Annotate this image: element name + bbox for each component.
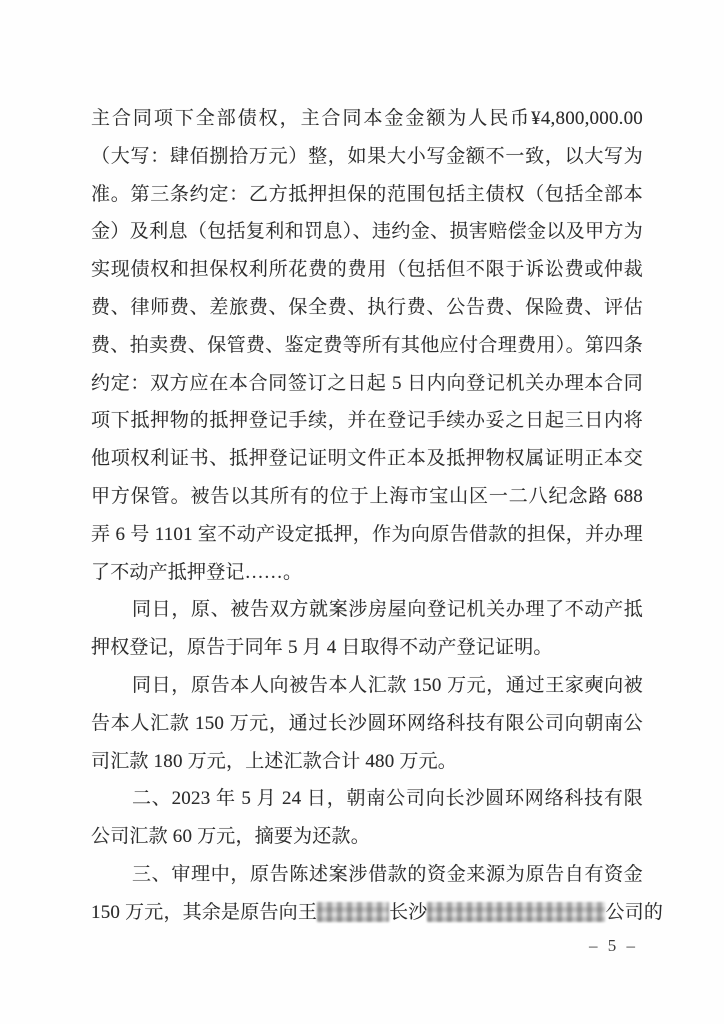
text-segment: 项下抵押物的抵押登记手续，并在登记手续办妥之日起三日内将 bbox=[91, 410, 643, 431]
text-line: 准。第三条约定：乙方抵押担保的范围包括主债权（包括全部本 bbox=[91, 176, 643, 214]
document-body: 主合同项下全部债权，主合同本金金额为人民币¥4,800,000.00（大写：肆佰… bbox=[91, 100, 643, 932]
page-number: – 5 – bbox=[589, 936, 638, 956]
text-segment: 费、律师费、差旅费、保全费、执行费、公告费、保险费、评估 bbox=[91, 297, 643, 318]
text-line: 甲方保管。被告以其所有的位于上海市宝山区一二八纪念路 688 bbox=[91, 478, 643, 516]
text-segment: 主合同项下全部债权，主合同本金金额为人民币¥4,800,000.00 bbox=[91, 108, 643, 129]
text-segment: 弄 6 号 1101 室不动产设定抵押，作为向原告借款的担保，并办理 bbox=[91, 524, 643, 545]
text-line: 主合同项下全部债权，主合同本金金额为人民币¥4,800,000.00 bbox=[91, 100, 643, 138]
text-line: 弄 6 号 1101 室不动产设定抵押，作为向原告借款的担保，并办理 bbox=[91, 516, 643, 554]
text-line: 了不动产抵押登记……。 bbox=[91, 554, 643, 592]
text-segment: 同日，原告本人向被告本人汇款 150 万元，通过王家奭向被 bbox=[132, 675, 643, 696]
text-line: 二、2023 年 5 月 24 日，朝南公司向长沙圆环网络科技有限 bbox=[91, 780, 643, 818]
text-line: 告本人汇款 150 万元，通过长沙圆环网络科技有限公司向朝南公 bbox=[91, 705, 643, 743]
text-segment: （大写：肆佰捌拾万元）整，如果大小写金额不一致，以大写为 bbox=[91, 146, 643, 167]
text-segment: 他项权利证书、抵押登记证明文件正本及抵押物权属证明正本交 bbox=[91, 448, 643, 469]
text-line: 实现债权和担保权利所花费的费用（包括但不限于诉讼费或仲裁 bbox=[91, 251, 643, 289]
text-line: 公司汇款 60 万元，摘要为还款。 bbox=[91, 818, 643, 856]
text-segment: 二、2023 年 5 月 24 日，朝南公司向长沙圆环网络科技有限 bbox=[132, 788, 643, 809]
text-line: 他项权利证书、抵押登记证明文件正本及抵押物权属证明正本交 bbox=[91, 440, 643, 478]
text-segment: 甲方保管。被告以其所有的位于上海市宝山区一二八纪念路 688 bbox=[91, 486, 643, 507]
text-line: 金）及利息（包括复利和罚息）、违约金、损害赔偿金以及甲方为 bbox=[91, 213, 643, 251]
text-segment: 公司的 bbox=[605, 902, 663, 923]
text-line: 同日，原告本人向被告本人汇款 150 万元，通过王家奭向被 bbox=[91, 667, 643, 705]
text-line: 150 万元，其余是原告向王长沙公司的 bbox=[91, 894, 643, 932]
text-segment: 押权登记，原告于同年 5 月 4 日取得不动产登记证明。 bbox=[91, 637, 553, 658]
text-line: （大写：肆佰捌拾万元）整，如果大小写金额不一致，以大写为 bbox=[91, 138, 643, 176]
text-line: 押权登记，原告于同年 5 月 4 日取得不动产登记证明。 bbox=[91, 629, 643, 667]
text-segment: 150 万元，其余是原告向王 bbox=[91, 902, 317, 923]
text-line: 同日，原、被告双方就案涉房屋向登记机关办理了不动产抵 bbox=[91, 591, 643, 629]
text-segment: 金）及利息（包括复利和罚息）、违约金、损害赔偿金以及甲方为 bbox=[91, 221, 643, 242]
text-segment: 了不动产抵押登记……。 bbox=[91, 562, 302, 583]
text-segment: 三、审理中，原告陈述案涉借款的资金来源为原告自有资金 bbox=[132, 864, 643, 885]
text-line: 三、审理中，原告陈述案涉借款的资金来源为原告自有资金 bbox=[91, 856, 643, 894]
text-line: 费、律师费、差旅费、保全费、执行费、公告费、保险费、评估 bbox=[91, 289, 643, 327]
text-segment: 司汇款 180 万元，上述汇款合计 480 万元。 bbox=[91, 751, 457, 772]
text-line: 司汇款 180 万元，上述汇款合计 480 万元。 bbox=[91, 743, 643, 781]
text-line: 费、拍卖费、保管费、鉴定费等所有其他应付合理费用）。第四条 bbox=[91, 327, 643, 365]
redacted-text-blur bbox=[427, 902, 605, 922]
text-segment: 同日，原、被告双方就案涉房屋向登记机关办理了不动产抵 bbox=[132, 599, 643, 620]
text-segment: 长沙 bbox=[389, 902, 427, 923]
text-segment: 费、拍卖费、保管费、鉴定费等所有其他应付合理费用）。第四条 bbox=[91, 335, 643, 356]
text-segment: 准。第三条约定：乙方抵押担保的范围包括主债权（包括全部本 bbox=[91, 184, 643, 205]
text-segment: 告本人汇款 150 万元，通过长沙圆环网络科技有限公司向朝南公 bbox=[91, 713, 643, 734]
text-segment: 约定：双方应在本合同签订之日起 5 日内向登记机关办理本合同 bbox=[91, 373, 643, 394]
document-page: 主合同项下全部债权，主合同本金金额为人民币¥4,800,000.00（大写：肆佰… bbox=[0, 0, 724, 1024]
text-line: 项下抵押物的抵押登记手续，并在登记手续办妥之日起三日内将 bbox=[91, 402, 643, 440]
text-line: 约定：双方应在本合同签订之日起 5 日内向登记机关办理本合同 bbox=[91, 365, 643, 403]
redacted-text-blur bbox=[317, 902, 389, 922]
text-segment: 实现债权和担保权利所花费的费用（包括但不限于诉讼费或仲裁 bbox=[91, 259, 643, 280]
text-segment: 公司汇款 60 万元，摘要为还款。 bbox=[91, 826, 370, 847]
